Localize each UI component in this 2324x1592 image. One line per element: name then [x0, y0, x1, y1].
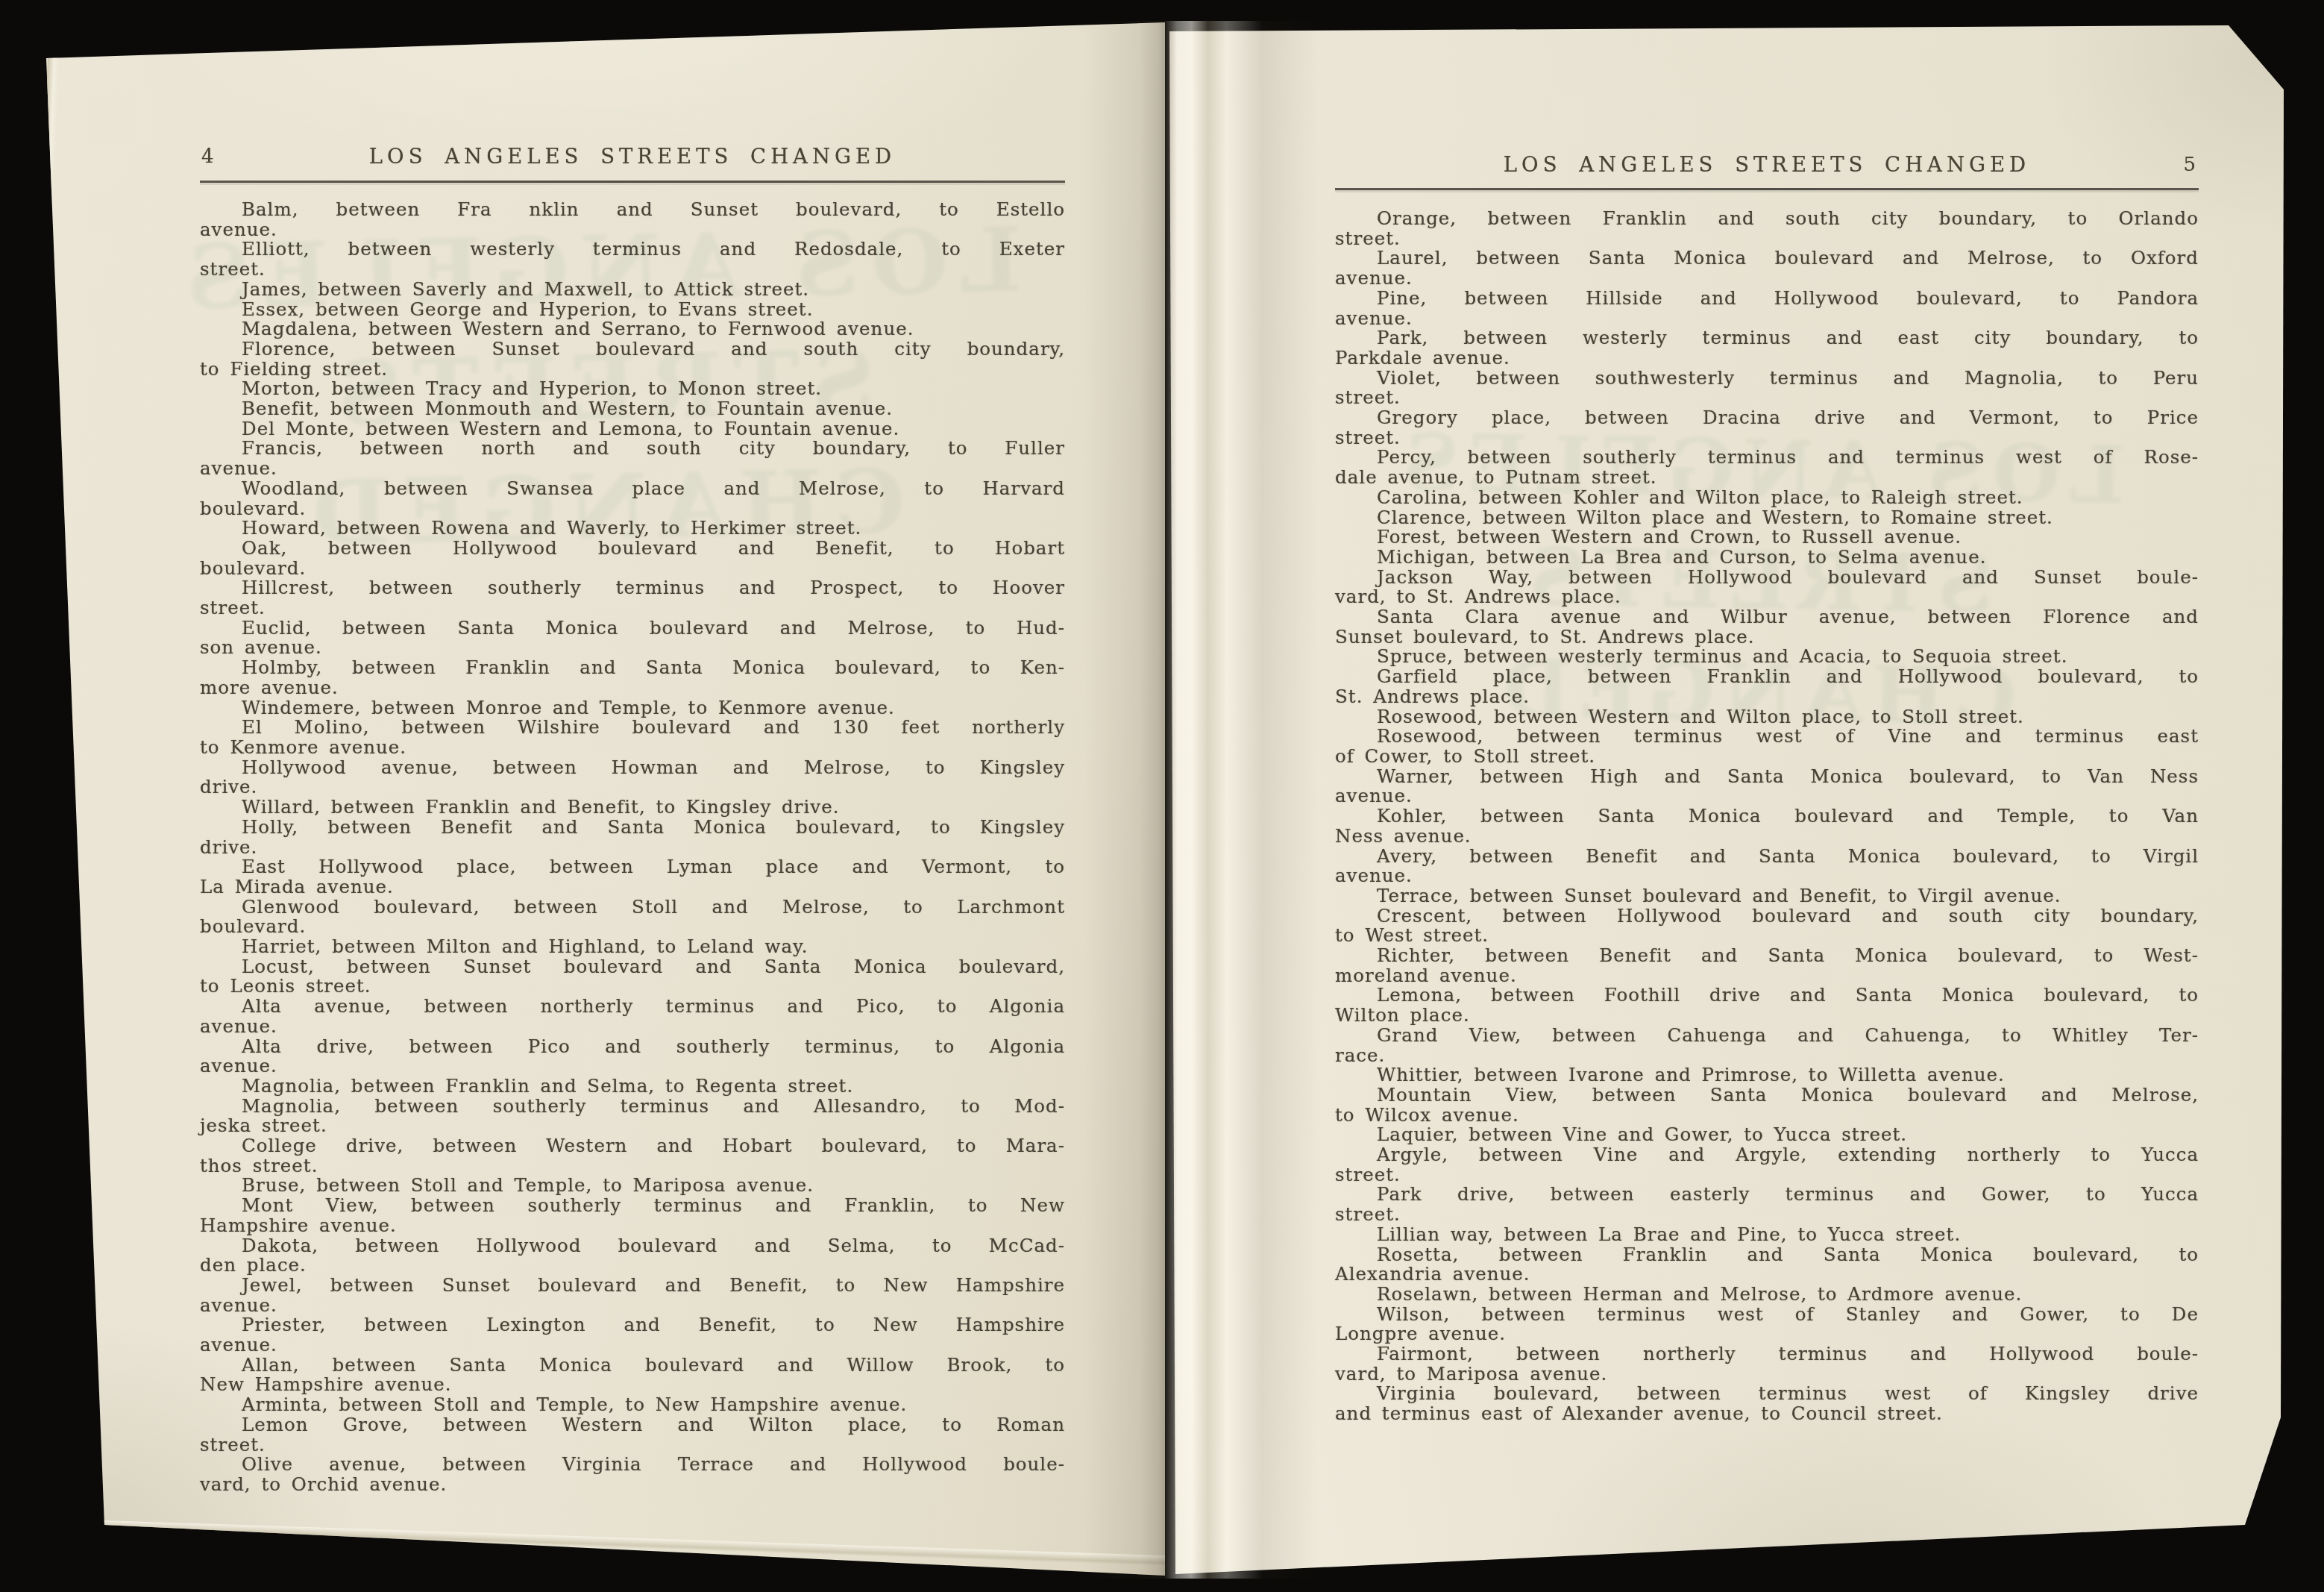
- entry-line: East Hollywood place, between Lyman plac…: [200, 857, 1065, 877]
- entry-line: Florence, between Sunset boulevard and s…: [200, 339, 1065, 360]
- street-entry: Rosewood, between terminus west of Vine …: [1335, 727, 2199, 766]
- street-entry: Magnolia, between southerly terminus and…: [200, 1097, 1065, 1136]
- entries-column: Balm, between Fra nklin and Sunset boule…: [200, 200, 1065, 1495]
- entry-line: avenue.: [1335, 866, 2199, 886]
- street-entry: Park drive, between easterly terminus an…: [1335, 1185, 2199, 1224]
- entry-line: Allan, between Santa Monica boulevard an…: [200, 1356, 1065, 1376]
- entry-line: avenue.: [200, 1335, 1065, 1356]
- entry-line: son avenue.: [200, 638, 1065, 658]
- street-entry: Arminta, between Stoll and Temple, to Ne…: [200, 1395, 1065, 1415]
- street-entry: Orange, between Franklin and south city …: [1335, 209, 2199, 248]
- entry-line: Crescent, between Hollywood boulevard an…: [1335, 906, 2199, 927]
- entry-line: Arminta, between Stoll and Temple, to Ne…: [200, 1395, 1065, 1415]
- street-entry: Priester, between Lexington and Benefit,…: [200, 1315, 1065, 1355]
- entry-line: avenue.: [200, 220, 1065, 240]
- entry-line: Woodland, between Swansea place and Melr…: [200, 479, 1065, 499]
- street-entry: Benefit, between Monmouth and Western, t…: [200, 399, 1065, 419]
- entry-line: Roselawn, between Herman and Melrose, to…: [1335, 1285, 2199, 1305]
- book-scan: LOS ANGELES STREETS CHANGED 4 LOS ANGELE…: [0, 0, 2324, 1592]
- street-entry: Carolina, between Kohler and Wilton plac…: [1335, 488, 2199, 508]
- street-entry: Rosewood, between Western and Wilton pla…: [1335, 707, 2199, 727]
- street-entry: Oak, between Hollywood boulevard and Ben…: [200, 539, 1065, 578]
- entry-line: Elliott, between westerly terminus and R…: [200, 239, 1065, 260]
- street-entry: Richter, between Benefit and Santa Monic…: [1335, 946, 2199, 985]
- entry-line: Laquier, between Vine and Gower, to Yucc…: [1335, 1125, 2199, 1145]
- entry-line: Virginia boulevard, between terminus wes…: [1335, 1384, 2199, 1404]
- entry-line: Alta drive, between Pico and southerly t…: [200, 1037, 1065, 1057]
- street-entry: James, between Saverly and Maxwell, to A…: [200, 280, 1065, 300]
- entry-line: boulevard.: [200, 499, 1065, 519]
- street-entry: Florence, between Sunset boulevard and s…: [200, 339, 1065, 379]
- entry-line: Olive avenue, between Virginia Terrace a…: [200, 1455, 1065, 1475]
- entry-line: Forest, between Western and Crown, to Ru…: [1335, 527, 2199, 548]
- street-entry: Locust, between Sunset boulevard and San…: [200, 957, 1065, 997]
- entry-line: Alta avenue, between northerly terminus …: [200, 997, 1065, 1017]
- street-entry: Wilson, between terminus west of Stanley…: [1335, 1305, 2199, 1344]
- entry-line: to Kenmore avenue.: [200, 738, 1065, 758]
- entry-line: Lillian way, between La Brae and Pine, t…: [1335, 1225, 2199, 1245]
- entry-line: Santa Clara avenue and Wilbur avenue, be…: [1335, 607, 2199, 627]
- entry-line: Glenwood boulevard, between Stoll and Me…: [200, 897, 1065, 918]
- entry-line: street.: [200, 260, 1065, 280]
- street-entry: Howard, between Rowena and Waverly, to H…: [200, 518, 1065, 539]
- entry-line: Laurel, between Santa Monica boulevard a…: [1335, 248, 2199, 269]
- entry-line: Jewel, between Sunset boulevard and Bene…: [200, 1276, 1065, 1296]
- street-entry: Del Monte, between Western and Lemona, t…: [200, 419, 1065, 439]
- entry-line: Magnolia, between southerly terminus and…: [200, 1097, 1065, 1117]
- street-entry: Harriet, between Milton and Highland, to…: [200, 937, 1065, 957]
- entry-line: to Leonis street.: [200, 977, 1065, 997]
- street-entry: Argyle, between Vine and Argyle, extendi…: [1335, 1145, 2199, 1185]
- entry-line: Francis, between north and south city bo…: [200, 439, 1065, 459]
- entry-line: Park, between westerly terminus and east…: [1335, 328, 2199, 348]
- entry-line: avenue.: [200, 1056, 1065, 1077]
- street-entry: Crescent, between Hollywood boulevard an…: [1335, 906, 2199, 946]
- entry-line: Hillcrest, between southerly terminus an…: [200, 578, 1065, 598]
- entry-line: Essex, between George and Hyperion, to E…: [200, 300, 1065, 320]
- street-entry: Laquier, between Vine and Gower, to Yucc…: [1335, 1125, 2199, 1145]
- street-entry: Pine, between Hillside and Hollywood bou…: [1335, 289, 2199, 328]
- entry-line: Garfield place, between Franklin and Hol…: [1335, 667, 2199, 687]
- entry-line: Richter, between Benefit and Santa Monic…: [1335, 946, 2199, 966]
- street-entry: El Molino, between Wilshire boulevard an…: [200, 718, 1065, 757]
- entry-line: Holmby, between Franklin and Santa Monic…: [200, 658, 1065, 678]
- street-entry: Alta drive, between Pico and southerly t…: [200, 1037, 1065, 1077]
- entry-line: Balm, between Fra nklin and Sunset boule…: [200, 200, 1065, 220]
- entry-line: Mountain View, between Santa Monica boul…: [1335, 1085, 2199, 1106]
- entry-line: to Fielding street.: [200, 360, 1065, 380]
- entry-line: avenue.: [200, 1296, 1065, 1316]
- entry-line: Whittier, between Ivarone and Primrose, …: [1335, 1065, 2199, 1085]
- entry-line: of Cower, to Stoll street.: [1335, 747, 2199, 767]
- entry-line: New Hampshire avenue.: [200, 1375, 1065, 1395]
- street-entry: Bruse, between Stoll and Temple, to Mari…: [200, 1176, 1065, 1196]
- entry-line: vard, to Mariposa avenue.: [1335, 1364, 2199, 1385]
- entry-line: Lemona, between Foothill drive and Santa…: [1335, 985, 2199, 1006]
- page-edge-bottom-highlight: [103, 1520, 1169, 1566]
- entry-line: Terrace, between Sunset boulevard and Be…: [1335, 886, 2199, 906]
- page-number: 5: [2183, 154, 2196, 176]
- entry-line: street.: [1335, 428, 2199, 448]
- entry-line: Spruce, between westerly terminus and Ac…: [1335, 647, 2199, 667]
- entry-line: to Wilcox avenue.: [1335, 1106, 2199, 1126]
- street-entry: Olive avenue, between Virginia Terrace a…: [200, 1455, 1065, 1494]
- entry-line: vard, to St. Andrews place.: [1335, 587, 2199, 607]
- street-entry: Lillian way, between La Brae and Pine, t…: [1335, 1225, 2199, 1245]
- entry-line: street.: [1335, 1205, 2199, 1225]
- entry-line: avenue.: [200, 459, 1065, 479]
- entry-line: and terminus east of Alexander avenue, t…: [1335, 1404, 2199, 1424]
- entry-line: Dakota, between Hollywood boulevard and …: [200, 1236, 1065, 1256]
- header-rule: [200, 181, 1065, 183]
- entry-line: Mont View, between southerly terminus an…: [200, 1196, 1065, 1216]
- page-5: LOS ANGELES STREETS CHANGED LOS ANGELES …: [1168, 25, 2287, 1577]
- street-entry: Windemere, between Monroe and Temple, to…: [200, 698, 1065, 718]
- street-entry: East Hollywood place, between Lyman plac…: [200, 857, 1065, 897]
- entry-line: street.: [200, 1435, 1065, 1455]
- page-edge-highlight: [0, 57, 60, 1533]
- street-entry: Mont View, between southerly terminus an…: [200, 1196, 1065, 1235]
- entry-line: avenue.: [1335, 786, 2199, 806]
- entry-line: Locust, between Sunset boulevard and San…: [200, 957, 1065, 977]
- entry-line: Park drive, between easterly terminus an…: [1335, 1185, 2199, 1205]
- entry-line: Holly, between Benefit and Santa Monica …: [200, 818, 1065, 838]
- street-entry: Jewel, between Sunset boulevard and Bene…: [200, 1276, 1065, 1315]
- entry-line: Lemon Grove, between Western and Wilton …: [200, 1415, 1065, 1435]
- entry-line: Parkdale avenue.: [1335, 348, 2199, 369]
- street-entry: Willard, between Franklin and Benefit, t…: [200, 797, 1065, 818]
- entry-line: Sunset boulevard, to St. Andrews place.: [1335, 627, 2199, 648]
- entry-line: Wilson, between terminus west of Stanley…: [1335, 1305, 2199, 1325]
- street-entry: Holmby, between Franklin and Santa Monic…: [200, 658, 1065, 698]
- street-entry: Lemona, between Foothill drive and Santa…: [1335, 985, 2199, 1025]
- entry-line: jeska street.: [200, 1116, 1065, 1136]
- page-4: LOS ANGELES STREETS CHANGED 4 LOS ANGELE…: [45, 22, 1165, 1576]
- running-title: LOS ANGELES STREETS CHANGED: [200, 145, 1065, 169]
- entry-line: Fairmont, between northerly terminus and…: [1335, 1344, 2199, 1364]
- entry-line: street.: [1335, 1165, 2199, 1185]
- entry-line: Percy, between southerly terminus and te…: [1335, 448, 2199, 468]
- entry-line: thos street.: [200, 1156, 1065, 1176]
- entry-line: race.: [1335, 1046, 2199, 1066]
- entry-line: Longpre avenue.: [1335, 1324, 2199, 1344]
- entry-line: Hampshire avenue.: [200, 1216, 1065, 1236]
- entry-line: to West street.: [1335, 926, 2199, 946]
- entry-line: Bruse, between Stoll and Temple, to Mari…: [200, 1176, 1065, 1196]
- entry-line: Avery, between Benefit and Santa Monica …: [1335, 847, 2199, 867]
- street-entry: Roselawn, between Herman and Melrose, to…: [1335, 1285, 2199, 1305]
- page-header: LOS ANGELES STREETS CHANGED 5: [1335, 153, 2199, 183]
- entry-line: more avenue.: [200, 678, 1065, 698]
- entry-line: Willard, between Franklin and Benefit, t…: [200, 797, 1065, 818]
- entry-line: El Molino, between Wilshire boulevard an…: [200, 718, 1065, 738]
- street-entry: Michigan, between La Brea and Curson, to…: [1335, 548, 2199, 568]
- street-entry: Dakota, between Hollywood boulevard and …: [200, 1236, 1065, 1276]
- entry-line: Michigan, between La Brea and Curson, to…: [1335, 548, 2199, 568]
- entry-line: street.: [1335, 388, 2199, 408]
- entry-line: Orange, between Franklin and south city …: [1335, 209, 2199, 229]
- street-entry: Balm, between Fra nklin and Sunset boule…: [200, 200, 1065, 239]
- entry-line: moreland avenue.: [1335, 966, 2199, 986]
- entry-line: Alexandria avenue.: [1335, 1264, 2199, 1285]
- entry-line: Hollywood avenue, between Howman and Mel…: [200, 758, 1065, 778]
- entry-line: Grand View, between Cahuenga and Cahueng…: [1335, 1026, 2199, 1046]
- street-entry: Mountain View, between Santa Monica boul…: [1335, 1085, 2199, 1125]
- street-entry: Avery, between Benefit and Santa Monica …: [1335, 847, 2199, 886]
- street-entry: Percy, between southerly terminus and te…: [1335, 448, 2199, 487]
- street-entry: Virginia boulevard, between terminus wes…: [1335, 1384, 2199, 1423]
- entry-line: Warner, between High and Santa Monica bo…: [1335, 767, 2199, 787]
- page-number: 4: [201, 145, 214, 168]
- entry-line: Wilton place.: [1335, 1006, 2199, 1026]
- entry-line: Rosewood, between Western and Wilton pla…: [1335, 707, 2199, 727]
- entry-line: Morton, between Tracy and Hyperion, to M…: [200, 379, 1065, 399]
- street-entry: Hollywood avenue, between Howman and Mel…: [200, 758, 1065, 797]
- street-entry: Santa Clara avenue and Wilbur avenue, be…: [1335, 607, 2199, 647]
- entry-line: La Mirada avenue.: [200, 877, 1065, 897]
- street-entry: Allan, between Santa Monica boulevard an…: [200, 1356, 1065, 1395]
- entry-line: vard, to Orchid avenue.: [200, 1475, 1065, 1495]
- entry-line: Euclid, between Santa Monica boulevard a…: [200, 618, 1065, 639]
- entry-line: Benefit, between Monmouth and Western, t…: [200, 399, 1065, 419]
- street-entry: Terrace, between Sunset boulevard and Be…: [1335, 886, 2199, 906]
- entry-line: boulevard.: [200, 917, 1065, 937]
- entry-line: avenue.: [1335, 269, 2199, 289]
- street-entry: Holly, between Benefit and Santa Monica …: [200, 818, 1065, 857]
- entry-line: Magdalena, between Western and Serrano, …: [200, 319, 1065, 339]
- running-title: LOS ANGELES STREETS CHANGED: [1335, 153, 2199, 177]
- entries-column: Orange, between Franklin and south city …: [1335, 209, 2199, 1424]
- street-entry: Morton, between Tracy and Hyperion, to M…: [200, 379, 1065, 399]
- entry-line: Magnolia, between Franklin and Selma, to…: [200, 1077, 1065, 1097]
- street-entry: Whittier, between Ivarone and Primrose, …: [1335, 1065, 2199, 1085]
- entry-line: avenue.: [200, 1017, 1065, 1037]
- street-entry: Hillcrest, between southerly terminus an…: [200, 578, 1065, 618]
- header-rule: [1335, 188, 2199, 190]
- street-entry: Rosetta, between Franklin and Santa Moni…: [1335, 1245, 2199, 1285]
- entry-line: Kohler, between Santa Monica boulevard a…: [1335, 806, 2199, 827]
- entry-line: Oak, between Hollywood boulevard and Ben…: [200, 539, 1065, 559]
- street-entry: Woodland, between Swansea place and Melr…: [200, 479, 1065, 518]
- entry-line: Carolina, between Kohler and Wilton plac…: [1335, 488, 2199, 508]
- entry-line: Clarence, between Wilton place and Weste…: [1335, 508, 2199, 528]
- entry-line: boulevard.: [200, 559, 1065, 579]
- entry-line: street.: [1335, 229, 2199, 249]
- entry-line: Violet, between southwesterly terminus a…: [1335, 369, 2199, 389]
- street-entry: Gregory place, between Dracina drive and…: [1335, 408, 2199, 448]
- entry-line: Argyle, between Vine and Argyle, extendi…: [1335, 1145, 2199, 1165]
- street-entry: Magdalena, between Western and Serrano, …: [200, 319, 1065, 339]
- street-entry: Laurel, between Santa Monica boulevard a…: [1335, 248, 2199, 288]
- street-entry: Lemon Grove, between Western and Wilton …: [200, 1415, 1065, 1455]
- street-entry: Fairmont, between northerly terminus and…: [1335, 1344, 2199, 1384]
- street-entry: Francis, between north and south city bo…: [200, 439, 1065, 478]
- street-entry: Garfield place, between Franklin and Hol…: [1335, 667, 2199, 706]
- street-entry: Kohler, between Santa Monica boulevard a…: [1335, 806, 2199, 846]
- street-entry: Warner, between High and Santa Monica bo…: [1335, 767, 2199, 806]
- street-entry: Magnolia, between Franklin and Selma, to…: [200, 1077, 1065, 1097]
- street-entry: College drive, between Western and Hobar…: [200, 1136, 1065, 1176]
- entry-line: Priester, between Lexington and Benefit,…: [200, 1315, 1065, 1335]
- entry-line: Rosetta, between Franklin and Santa Moni…: [1335, 1245, 2199, 1265]
- street-entry: Alta avenue, between northerly terminus …: [200, 997, 1065, 1036]
- entry-line: Rosewood, between terminus west of Vine …: [1335, 727, 2199, 747]
- entry-line: Harriet, between Milton and Highland, to…: [200, 937, 1065, 957]
- street-entry: Clarence, between Wilton place and Weste…: [1335, 508, 2199, 528]
- entry-line: Pine, between Hillside and Hollywood bou…: [1335, 289, 2199, 309]
- street-entry: Violet, between southwesterly terminus a…: [1335, 369, 2199, 408]
- street-entry: Park, between westerly terminus and east…: [1335, 328, 2199, 368]
- street-entry: Spruce, between westerly terminus and Ac…: [1335, 647, 2199, 667]
- street-entry: Forest, between Western and Crown, to Ru…: [1335, 527, 2199, 548]
- street-entry: Jackson Way, between Hollywood boulevard…: [1335, 568, 2199, 607]
- entry-line: drive.: [200, 838, 1065, 858]
- entry-line: James, between Saverly and Maxwell, to A…: [200, 280, 1065, 300]
- entry-line: Gregory place, between Dracina drive and…: [1335, 408, 2199, 428]
- street-entry: Euclid, between Santa Monica boulevard a…: [200, 618, 1065, 658]
- entry-line: avenue.: [1335, 309, 2199, 329]
- page-header: 4 LOS ANGELES STREETS CHANGED: [200, 145, 1065, 175]
- entry-line: drive.: [200, 777, 1065, 797]
- entry-line: Ness avenue.: [1335, 827, 2199, 847]
- entry-line: Howard, between Rowena and Waverly, to H…: [200, 518, 1065, 539]
- entry-line: Jackson Way, between Hollywood boulevard…: [1335, 568, 2199, 588]
- street-entry: Glenwood boulevard, between Stoll and Me…: [200, 897, 1065, 937]
- entry-line: St. Andrews place.: [1335, 687, 2199, 707]
- entry-line: den place.: [200, 1256, 1065, 1276]
- entry-line: Windemere, between Monroe and Temple, to…: [200, 698, 1065, 718]
- entry-line: street.: [200, 598, 1065, 618]
- entry-line: College drive, between Western and Hobar…: [200, 1136, 1065, 1156]
- entry-line: Del Monte, between Western and Lemona, t…: [200, 419, 1065, 439]
- street-entry: Essex, between George and Hyperion, to E…: [200, 300, 1065, 320]
- street-entry: Elliott, between westerly terminus and R…: [200, 239, 1065, 279]
- street-entry: Grand View, between Cahuenga and Cahueng…: [1335, 1026, 2199, 1065]
- entry-line: dale avenue, to Putnam street.: [1335, 468, 2199, 488]
